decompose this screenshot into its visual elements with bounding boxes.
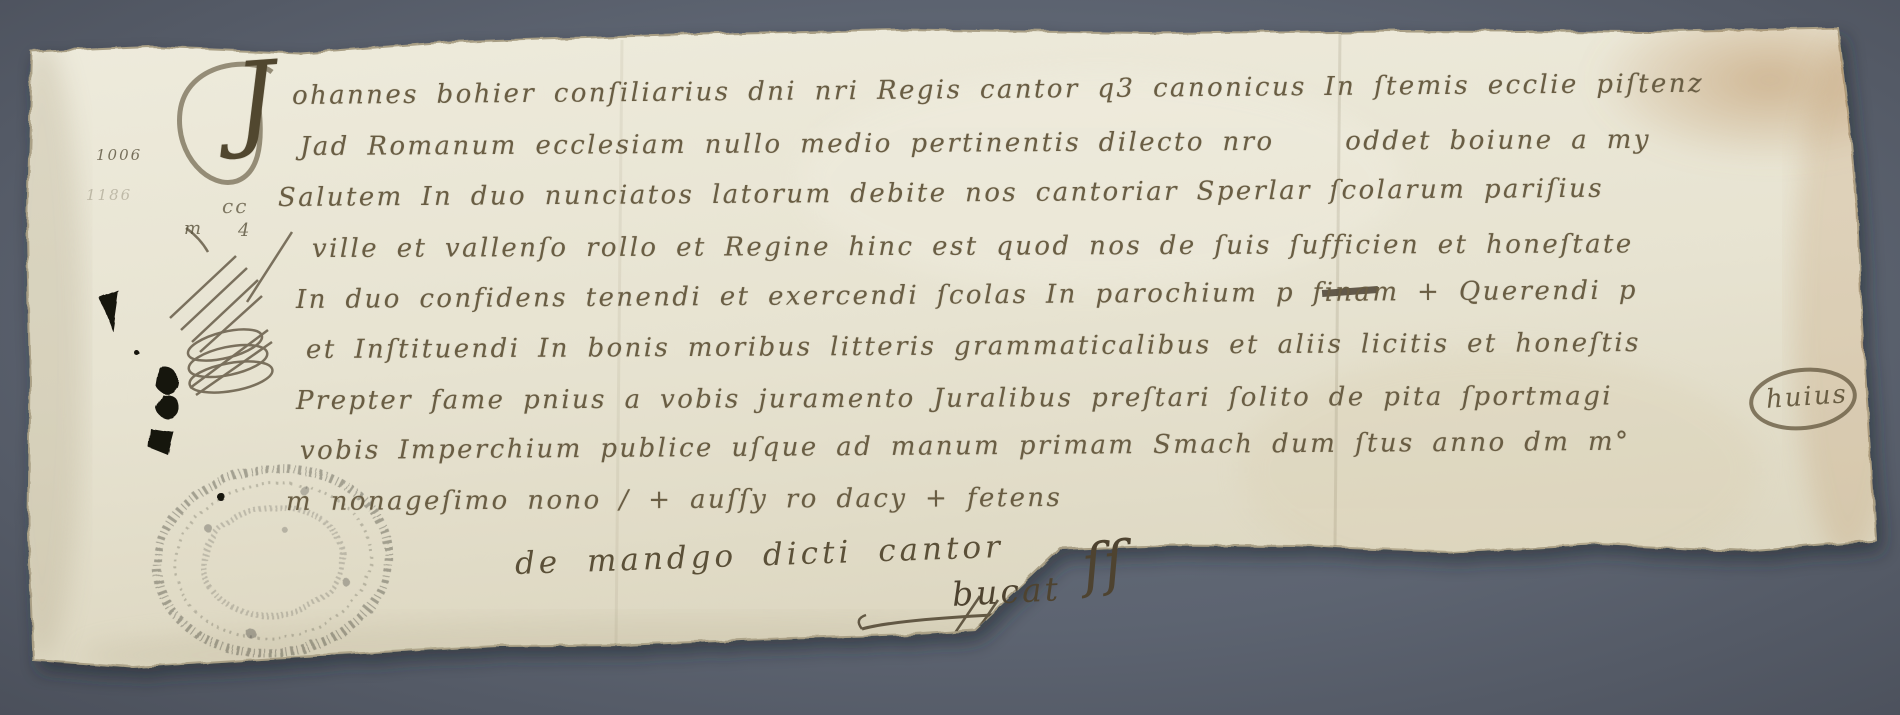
mottle-patch-2	[800, 70, 1400, 290]
right-edge-stain	[1793, 40, 1900, 560]
bottom-edge-shade	[80, 617, 1320, 693]
photograph-background: J ohannes bohier conſiliarius dni nri Re…	[0, 0, 1900, 715]
parchment-graphic	[0, 0, 1900, 715]
mottle-patch	[1240, 350, 1760, 590]
left-edge-shade	[0, 40, 84, 660]
